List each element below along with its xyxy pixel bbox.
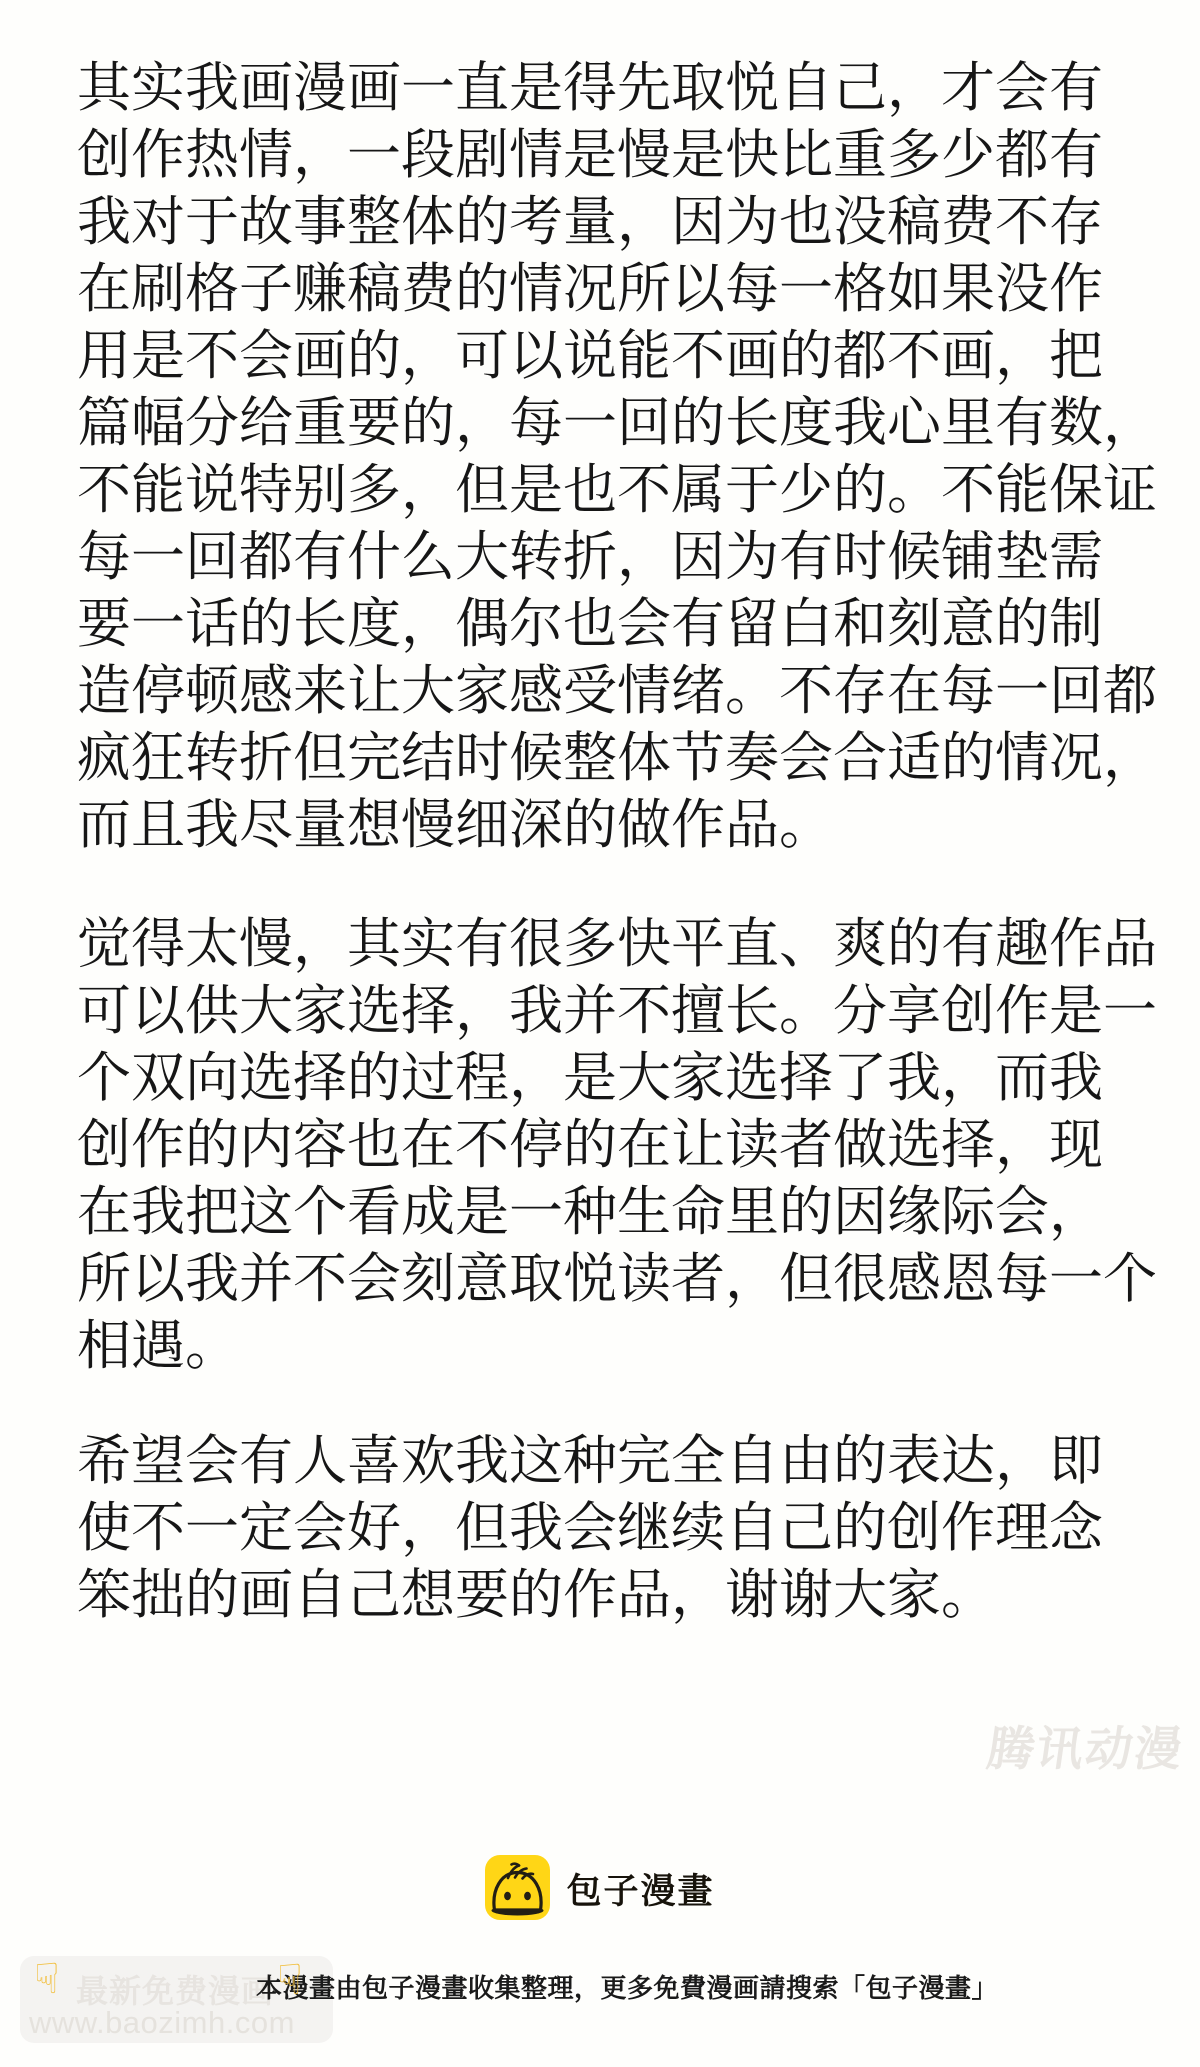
pointer-down-icon: ☟ — [34, 1958, 60, 2000]
text-line: 每一回都有什么大转折，因为有时候铺垫需 — [77, 524, 1164, 591]
baozi-bun-icon — [485, 1853, 550, 1925]
text-line: 创作的内容也在不停的在让读者做选择，现 — [77, 1112, 1164, 1179]
text-line: 其实我画漫画一直是得先取悦自己，才会有 — [77, 55, 1164, 122]
paragraph-3: 希望会有人喜欢我这种完全自由的表达，即 使不一定会好，但我会继续自己的创作理念 … — [77, 1428, 1164, 1629]
text-line: 疯狂转折但完结时候整体节奏会合适的情况， — [77, 725, 1164, 792]
text-line: 相遇。 — [77, 1313, 1164, 1380]
text-line: 在刷格子赚稿费的情况所以每一格如果没作 — [77, 256, 1164, 323]
text-line: 创作热情，一段剧情是慢是快比重多少都有 — [77, 122, 1164, 189]
text-line: 在我把这个看成是一种生命里的因缘际会， — [77, 1179, 1164, 1246]
text-line: 要一话的长度，偶尔也会有留白和刻意的制 — [77, 591, 1164, 658]
paragraph-2: 觉得太慢，其实有很多快平直、爽的有趣作品 可以供大家选择，我并不擅长。分享创作是… — [77, 911, 1164, 1380]
pointer-down-icon: ☟ — [277, 1959, 303, 2001]
baozi-logo-text: 包子漫畫 — [566, 1864, 714, 1914]
text-line: 我对于故事整体的考量，因为也没稿费不存 — [77, 189, 1164, 256]
paragraph-1: 其实我画漫画一直是得先取悦自己，才会有 创作热情，一段剧情是慢是快比重多少都有 … — [77, 55, 1164, 859]
text-line: 不能说特别多，但是也不属于少的。不能保证 — [77, 457, 1164, 524]
text-line: 个双向选择的过程，是大家选择了我，而我 — [77, 1045, 1164, 1112]
text-line: 而且我尽量想慢细深的做作品。 — [77, 792, 1164, 859]
text-line: 所以我并不会刻意取悦读者，但很感恩每一个 — [77, 1246, 1164, 1313]
text-line: 笨拙的画自己想要的作品，谢谢大家。 — [77, 1562, 1164, 1629]
text-line: 可以供大家选择，我并不擅长。分享创作是一 — [77, 978, 1164, 1045]
baozi-logo: 包子漫畫 — [0, 1853, 1200, 1925]
text-line: 使不一定会好，但我会继续自己的创作理念 — [77, 1495, 1164, 1562]
tencent-anime-watermark: 腾讯动漫 — [983, 1712, 1188, 1779]
text-line: 用是不会画的，可以说能不画的都不画，把 — [77, 323, 1164, 390]
site-watermark-url: www.baozimh.com — [29, 2005, 295, 2041]
text-line: 希望会有人喜欢我这种完全自由的表达，即 — [77, 1428, 1164, 1495]
footer-notice: 本漫畫由包子漫畫收集整理，更多免費漫画請搜索「包子漫畫」 — [256, 1968, 998, 2005]
manga-afterword-page: 其实我画漫画一直是得先取悦自己，才会有 创作热情，一段剧情是慢是快比重多少都有 … — [0, 0, 1200, 2067]
text-line: 篇幅分给重要的，每一回的长度我心里有数， — [77, 390, 1164, 457]
text-line: 觉得太慢，其实有很多快平直、爽的有趣作品 — [77, 911, 1164, 978]
text-line: 造停顿感来让大家感受情绪。不存在每一回都 — [77, 658, 1164, 725]
afterword-text: 其实我画漫画一直是得先取悦自己，才会有 创作热情，一段剧情是慢是快比重多少都有 … — [77, 55, 1164, 1629]
